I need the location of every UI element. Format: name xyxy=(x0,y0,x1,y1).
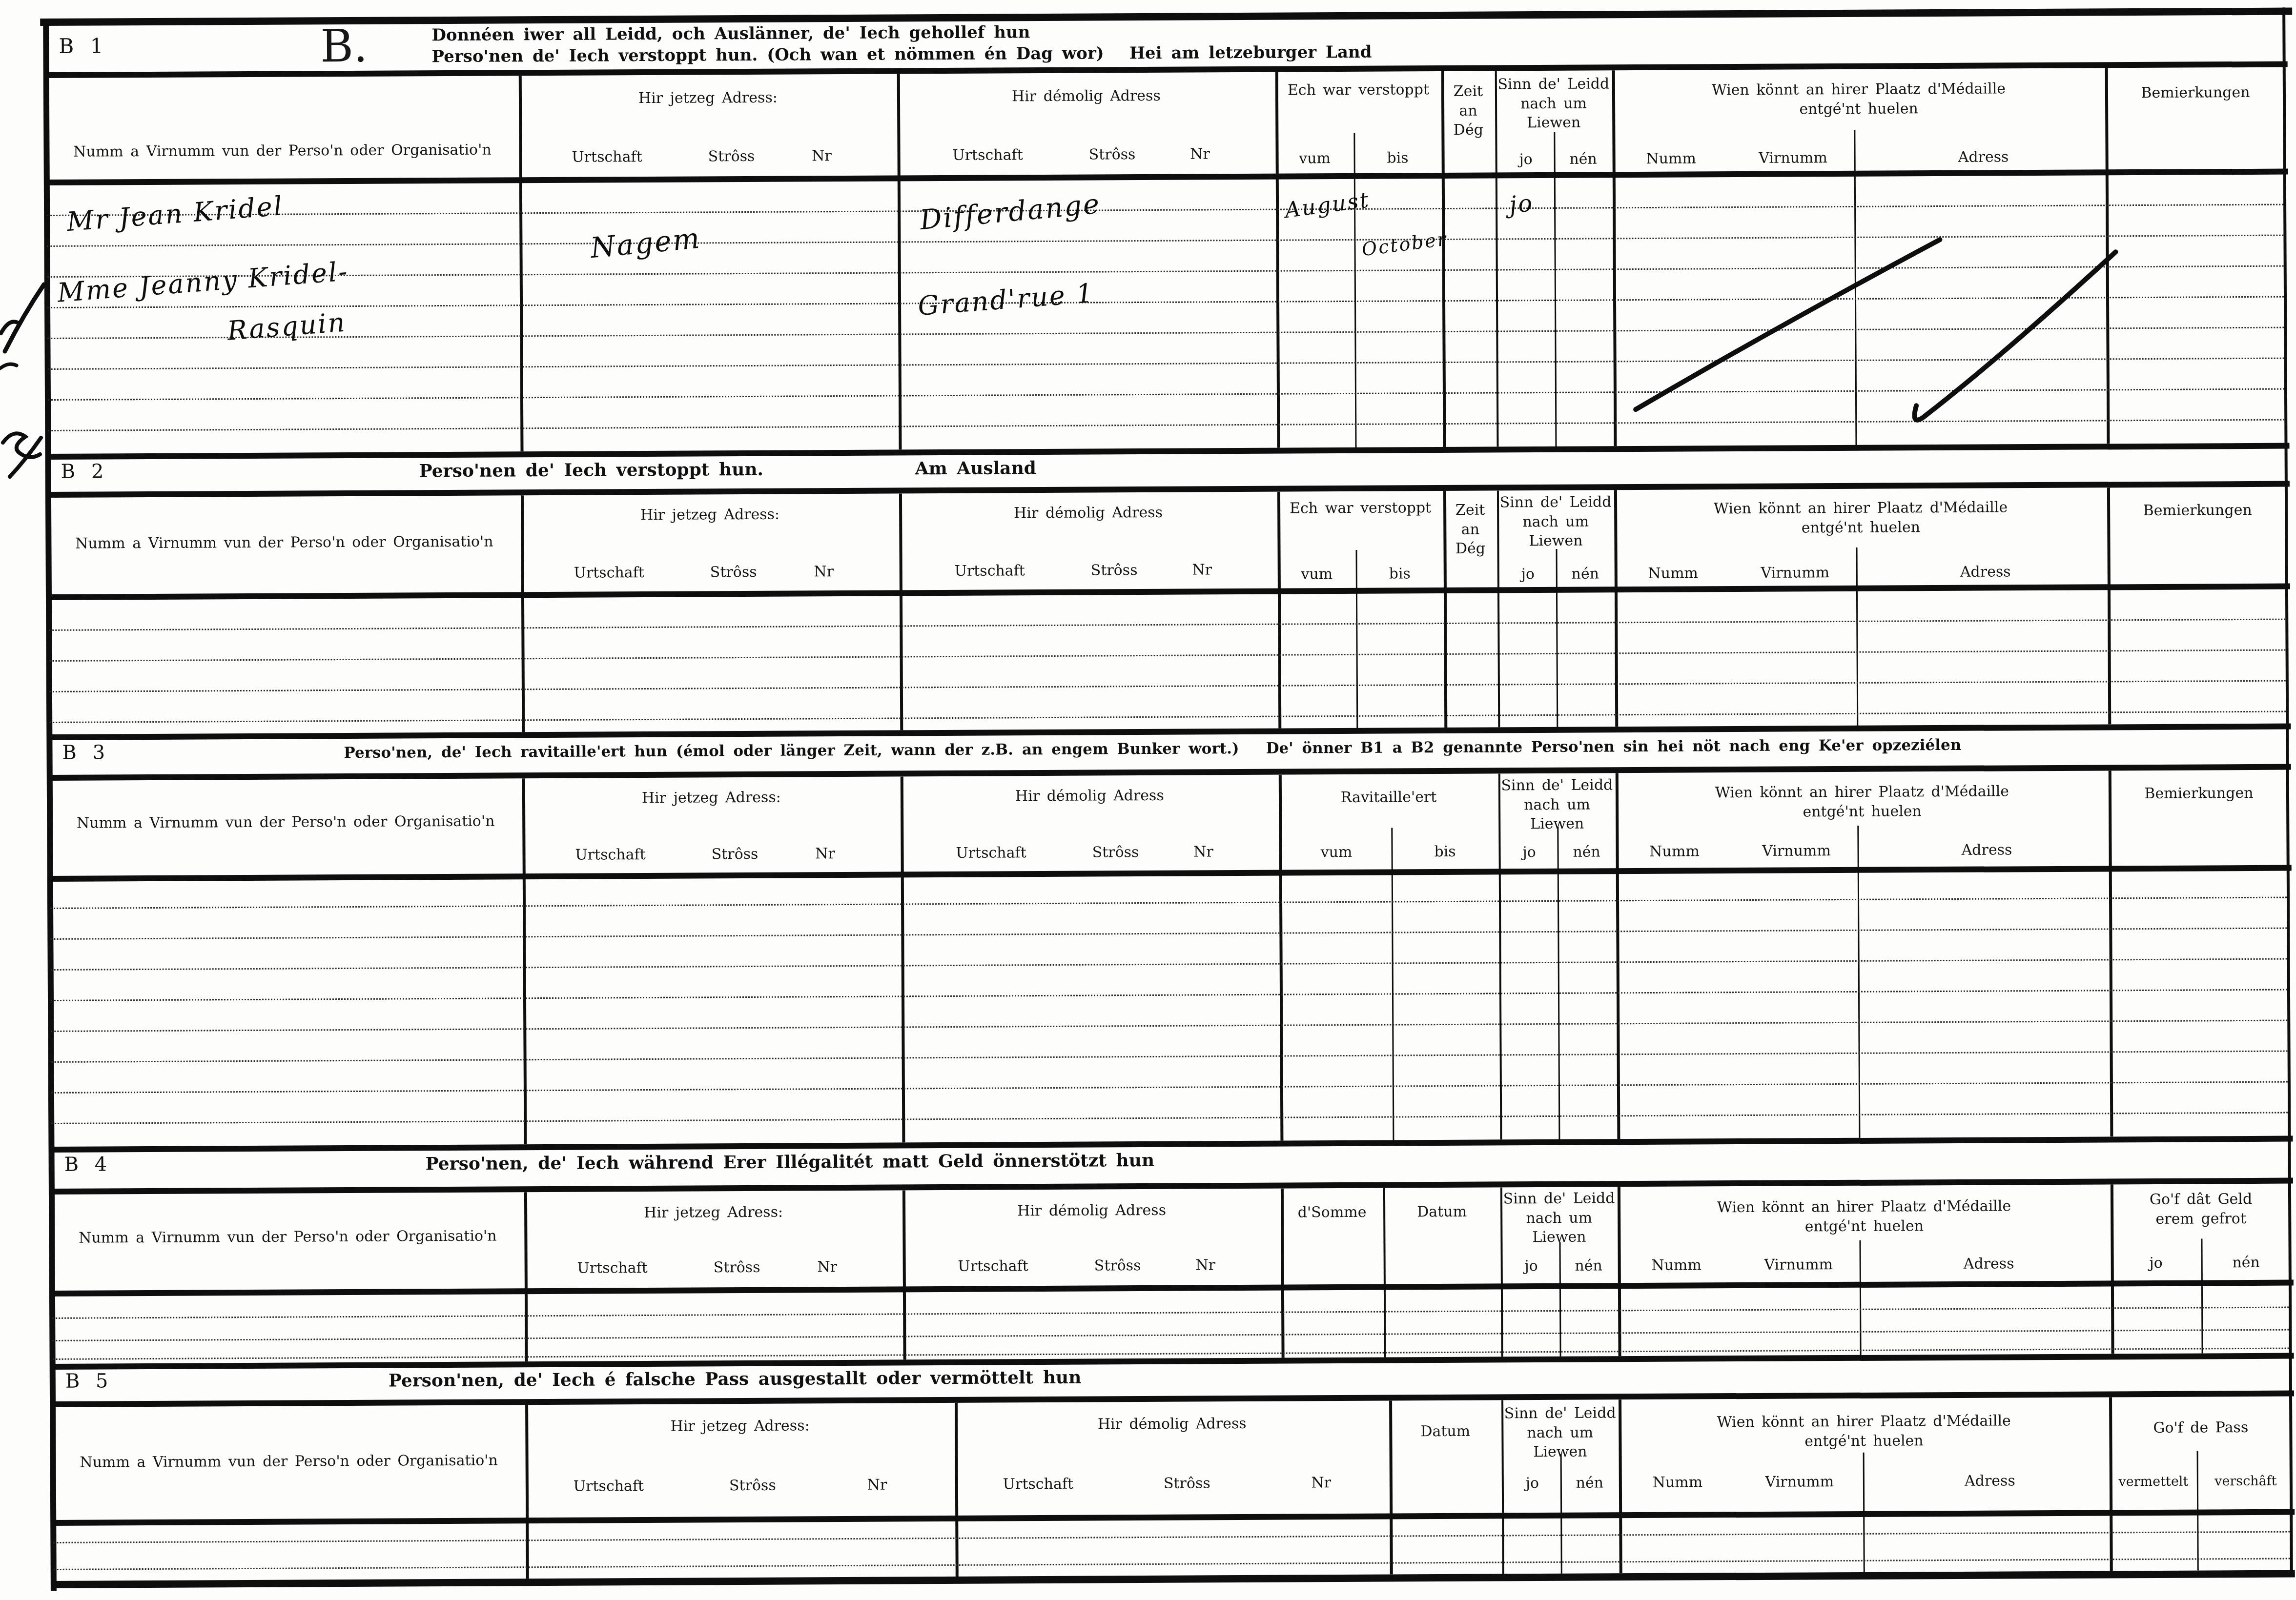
b2-divider xyxy=(899,493,903,730)
b2-col-virnumm: Virnumm xyxy=(1739,563,1851,583)
b4-col-addr-old: Hir démolig Adress xyxy=(902,1200,1281,1221)
document-scan: B 1 B. Donnéen iwer all Leidd, och Auslä… xyxy=(0,0,2296,1600)
section-b1-letter: B. xyxy=(320,20,368,72)
section-b3-label: B 3 xyxy=(62,741,110,764)
b1-col-numm: Numm xyxy=(1622,149,1720,169)
b2-ruled-line xyxy=(49,619,2285,631)
b4-col-addr-now: Hir jetzeg Adress: xyxy=(524,1202,902,1223)
b5-col-addr-old-nr: Nr xyxy=(1292,1473,1351,1493)
section-b2-heading: Perso'nen de' Iech verstoppt hun. xyxy=(419,459,764,481)
b1-divider-thin xyxy=(1353,133,1356,447)
b1-col-addr-now-stross: Strôss xyxy=(690,147,773,166)
b2-col-verstoppt: Ech war verstoppt xyxy=(1277,498,1443,518)
b5-col-medaille: Wien könnt an hirer Plaatz d'Médaille en… xyxy=(1619,1411,2109,1452)
b5-line-under-title xyxy=(51,1391,2294,1407)
b4-col-addr-old-stross: Strôss xyxy=(1076,1256,1159,1276)
b1-col-sinn: Sinn de' Leidd nach um Liewen xyxy=(1496,74,1612,133)
b3-col-addr-old-urtschaft: Urtschaft xyxy=(942,843,1040,863)
b3-ruled-line xyxy=(51,1081,2288,1094)
b2-ruled-line xyxy=(49,711,2286,723)
table-border-left xyxy=(43,19,57,1591)
b2-col-sinn: Sinn de' Leidd nach um Liewen xyxy=(1498,492,1614,551)
b5-col-adress: Adress xyxy=(1929,1471,2051,1491)
b2-divider xyxy=(1277,492,1281,729)
b3-col-name: Numm a Virnumm vun der Perso'n oder Orga… xyxy=(49,811,522,833)
b3-col-addr-now: Hir jetzeg Adress: xyxy=(522,787,901,808)
b3-ruled-line xyxy=(50,928,2287,940)
form-sheet: B 1 B. Donnéen iwer all Leidd, och Auslä… xyxy=(0,0,2296,1600)
b3-col-ravitaillert: Ravitaille'ert xyxy=(1279,787,1498,808)
b1-entry-addr-old-line2: Grand'rue 1 xyxy=(917,278,1095,322)
b3-col-addr-now-urtschaft: Urtschaft xyxy=(561,845,659,865)
b5-divider-thin xyxy=(2197,1451,2199,1570)
b3-ruled-line xyxy=(51,1112,2288,1124)
b2-divider-thin xyxy=(1556,549,1558,727)
b2-col-zeit: Zeit an Dég xyxy=(1444,501,1496,559)
b5-col-addr-now-urtschaft: Urtschaft xyxy=(560,1477,657,1497)
b5-col-numm: Numm xyxy=(1629,1473,1726,1493)
b1-divider xyxy=(519,76,524,451)
b1-col-addr-old-urtschaft: Urtschaft xyxy=(939,145,1036,165)
b1-col-sinn-nen: nén xyxy=(1557,149,1610,169)
section-b3-heading-text: Perso'nen, de' Iech ravitaille'ert hun (… xyxy=(344,740,1239,762)
b2-col-addr-now-urtschaft: Urtschaft xyxy=(560,563,658,583)
b2-col-vum: vum xyxy=(1280,565,1353,584)
section-b1-heading-line2-text: Perso'nen de' Iech verstoppt hun. (Och w… xyxy=(431,43,1104,66)
b1-col-addr-old-stross: Strôss xyxy=(1070,145,1153,164)
b1-col-virnumm: Virnumm xyxy=(1737,148,1849,168)
b1-col-addr-now: Hir jetzeg Adress: xyxy=(519,87,897,108)
b4-col-addr-now-stross: Strôss xyxy=(696,1258,779,1277)
b2-divider xyxy=(521,495,525,732)
b3-col-addr-old-stross: Strôss xyxy=(1074,843,1157,862)
section-b3-heading: Perso'nen, de' Iech ravitaille'ert hun (… xyxy=(344,736,1961,762)
b1-col-bis: bis xyxy=(1356,148,1439,168)
section-b2-label: B 2 xyxy=(61,460,109,483)
b5-line-top xyxy=(51,1353,2294,1370)
section-b1-heading-line2-bold: Hei am letzeburger Land xyxy=(1129,42,1372,63)
b3-ruled-line xyxy=(50,897,2287,909)
b3-ruled-line xyxy=(51,1051,2288,1063)
b1-col-addr-old: Hir démolig Adress xyxy=(897,86,1275,107)
b3-ruled-line xyxy=(51,1020,2287,1032)
b2-col-addr-now: Hir jetzeg Adress: xyxy=(521,504,899,525)
b4-col-sinn-jo: jo xyxy=(1503,1256,1559,1276)
b3-col-addr-old: Hir démolig Adress xyxy=(901,786,1279,807)
section-b3-heading-bold: De' önner B1 a B2 genannte Perso'nen sin… xyxy=(1266,736,1962,757)
b4-col-name: Numm a Virnumm vun der Perso'n oder Orga… xyxy=(51,1226,524,1248)
b1-entry-addr-now: Nagem xyxy=(589,222,702,265)
b1-entry-row1-name: Mr Jean Kridel xyxy=(65,190,285,237)
b3-col-numm: Numm xyxy=(1625,842,1723,862)
b5-ruled-line xyxy=(53,1531,2290,1543)
b5-col-pass-vermettelt: vermettelt xyxy=(2110,1473,2197,1491)
b2-col-addr-old-urtschaft: Urtschaft xyxy=(941,561,1039,581)
b5-col-addr-now: Hir jetzeg Adress: xyxy=(525,1416,955,1437)
b1-col-addr-old-nr: Nr xyxy=(1170,144,1229,164)
b3-col-virnumm: Virnumm xyxy=(1740,841,1852,861)
b2-col-medaille: Wien könnt an hirer Plaatz d'Médaille en… xyxy=(1614,497,2107,538)
b3-col-vum: vum xyxy=(1281,843,1391,863)
b3-ruled-line xyxy=(51,958,2287,971)
b5-col-addr-old-stross: Strôss xyxy=(1146,1474,1229,1493)
section-b1-heading-line2: Perso'nen de' Iech verstoppt hun. (Och w… xyxy=(431,42,1372,66)
table-border-bottom xyxy=(52,1570,2295,1588)
b4-ruled-line xyxy=(52,1329,2289,1341)
b1-col-adress: Adress xyxy=(1923,147,2045,167)
b4-line-under-title xyxy=(50,1178,2293,1195)
b2-col-sinn-nen: nén xyxy=(1558,564,1612,584)
b1-entry-sinn-jo: jo xyxy=(1508,189,1535,219)
b3-col-bemierkungen: Bemierkungen xyxy=(2109,784,2289,804)
b4-divider-thin xyxy=(1859,1240,1861,1355)
b4-divider-thin xyxy=(1559,1242,1561,1357)
b2-col-bis: bis xyxy=(1358,564,1441,584)
b2-line-top xyxy=(46,443,2290,460)
b5-col-sinn: Sinn de' Leidd nach um Liewen xyxy=(1502,1403,1618,1462)
b2-col-addr-old-nr: Nr xyxy=(1173,560,1231,580)
margin-pen-mark-icon xyxy=(0,412,54,481)
b2-divider-thin xyxy=(1856,547,1859,726)
b5-col-sinn-nen: nén xyxy=(1563,1473,1617,1493)
section-b1-heading-line1: Donnéen iwer all Leidd, och Auslänner, d… xyxy=(431,22,1030,45)
b4-col-addr-old-urtschaft: Urtschaft xyxy=(944,1256,1042,1276)
section-b5-heading: Person'nen, de' Iech é falsche Pass ausg… xyxy=(389,1367,1082,1391)
b4-col-numm: Numm xyxy=(1628,1256,1725,1276)
b3-line-under-header xyxy=(48,865,2292,882)
b1-col-name: Numm a Virnumm vun der Perso'n oder Orga… xyxy=(45,140,519,162)
b2-col-addr-now-nr: Nr xyxy=(795,562,853,582)
b5-col-pass-verschaft: verschâft xyxy=(2200,1473,2292,1491)
b4-col-sinn-nen: nén xyxy=(1562,1256,1616,1276)
b4-col-adress: Adress xyxy=(1928,1254,2050,1274)
b1-entry-vum: August xyxy=(1284,187,1372,223)
b1-col-verstoppt: Ech war verstoppt xyxy=(1275,80,1441,100)
b4-ruled-line xyxy=(52,1307,2289,1319)
table-border-top xyxy=(40,8,2292,26)
b4-col-datum: Datum xyxy=(1383,1202,1500,1222)
checkmark-stroke-icon xyxy=(1608,212,2170,425)
section-b4-heading: Perso'nen, de' Iech während Erer Illégal… xyxy=(426,1150,1155,1174)
b3-ruled-line xyxy=(51,989,2287,1001)
b5-col-sinn-jo: jo xyxy=(1504,1474,1560,1493)
b3-col-sinn-nen: nén xyxy=(1559,842,1613,862)
b2-line-under-title xyxy=(46,481,2290,498)
b1-divider-thin xyxy=(1554,132,1557,446)
b5-col-virnumm: Virnumm xyxy=(1743,1472,1856,1492)
b1-entry-addr-old-line1: Differdange xyxy=(919,188,1102,236)
b5-divider-thin xyxy=(1560,1454,1562,1574)
b3-col-addr-old-nr: Nr xyxy=(1174,842,1232,862)
b1-divider xyxy=(1275,72,1280,448)
b5-ruled-line xyxy=(54,1558,2290,1570)
b5-col-pass: Go'f de Pass xyxy=(2109,1418,2292,1438)
margin-pen-mark-icon xyxy=(0,271,54,373)
b4-col-addr-old-nr: Nr xyxy=(1176,1256,1235,1275)
b2-divider xyxy=(2107,487,2111,724)
section-b1-label: B 1 xyxy=(59,34,108,58)
b2-col-addr-old: Hir démolig Adress xyxy=(899,503,1277,524)
b1-entry-bis: October xyxy=(1360,228,1449,260)
b1-divider xyxy=(897,74,902,449)
b5-col-addr-old: Hir démolig Adress xyxy=(955,1414,1389,1435)
section-b4-label: B 4 xyxy=(64,1153,112,1175)
b1-col-vum: vum xyxy=(1278,149,1352,168)
b1-col-medaille: Wien könnt an hirer Plaatz d'Médaille en… xyxy=(1612,79,2105,120)
b4-line-top xyxy=(49,1136,2293,1153)
b5-col-addr-old-urtschaft: Urtschaft xyxy=(989,1475,1087,1495)
b4-col-medaille: Wien könnt an hirer Plaatz d'Médaille en… xyxy=(1618,1196,2111,1237)
b1-col-addr-now-urtschaft: Urtschaft xyxy=(558,147,656,167)
b2-col-addr-now-stross: Strôss xyxy=(692,563,775,582)
b3-col-adress: Adress xyxy=(1926,840,2048,860)
b5-line-under-header xyxy=(51,1509,2295,1526)
b4-col-somme: d'Somme xyxy=(1281,1203,1383,1223)
b4-col-addr-now-nr: Nr xyxy=(798,1257,857,1277)
b1-col-bemierkungen: Bemierkungen xyxy=(2105,83,2286,103)
b4-col-addr-now-urtschaft: Urtschaft xyxy=(564,1258,661,1278)
b5-divider-thin xyxy=(1863,1453,1865,1572)
b2-col-numm: Numm xyxy=(1624,564,1722,584)
b3-col-medaille: Wien könnt an hirer Plaatz d'Médaille en… xyxy=(1616,781,2109,822)
b3-col-sinn: Sinn de' Leidd nach um Liewen xyxy=(1499,775,1615,834)
b2-col-bemierkungen: Bemierkungen xyxy=(2107,501,2288,521)
b3-line-under-title xyxy=(48,764,2291,781)
b2-ruled-line xyxy=(49,649,2286,662)
b2-col-sinn-jo: jo xyxy=(1500,565,1556,584)
b4-col-geld-gefrot: Go'f dât Geld erem gefrot xyxy=(2111,1190,2291,1229)
b5-col-addr-now-stross: Strôss xyxy=(711,1476,794,1496)
b3-col-addr-now-nr: Nr xyxy=(796,844,854,864)
b5-col-datum: Datum xyxy=(1389,1421,1501,1441)
b3-col-sinn-jo: jo xyxy=(1501,843,1557,862)
b4-col-virnumm: Virnumm xyxy=(1742,1255,1855,1275)
b2-line-under-header xyxy=(47,584,2290,600)
b2-col-addr-old-stross: Strôss xyxy=(1073,561,1156,580)
b2-col-adress: Adress xyxy=(1925,562,2047,582)
b1-entry-row2-name-line1: Mme Jeanny Kridel- xyxy=(56,256,349,308)
b4-col-sinn: Sinn de' Leidd nach um Liewen xyxy=(1501,1189,1617,1247)
b1-entry-row2-name-line2: Rasquin xyxy=(226,307,347,346)
b1-col-addr-now-nr: Nr xyxy=(792,146,851,166)
b4-line-under-header xyxy=(50,1280,2294,1296)
b3-col-addr-now-stross: Strôss xyxy=(693,845,776,864)
b4-col-geld-nen: nén xyxy=(2203,1253,2290,1273)
b5-col-addr-now-nr: Nr xyxy=(848,1475,906,1495)
b5-col-name: Numm a Virnumm vun der Perso'n oder Orga… xyxy=(52,1451,526,1472)
b2-col-name: Numm a Virnumm vun der Perso'n oder Orga… xyxy=(47,532,521,553)
b1-line-under-header xyxy=(45,169,2288,185)
b2-ruled-line xyxy=(49,680,2286,692)
b2-divider-thin xyxy=(1356,550,1358,728)
b3-col-bis: bis xyxy=(1394,842,1496,862)
section-b5-label: B 5 xyxy=(65,1370,113,1392)
b1-col-sinn-jo: jo xyxy=(1498,150,1554,169)
b1-col-zeit: Zeit an Dég xyxy=(1442,82,1495,140)
b1-line-under-title xyxy=(44,61,2288,78)
b4-col-geld-jo: jo xyxy=(2113,1253,2199,1273)
section-b2-heading-bold: Am Ausland xyxy=(915,458,1036,479)
